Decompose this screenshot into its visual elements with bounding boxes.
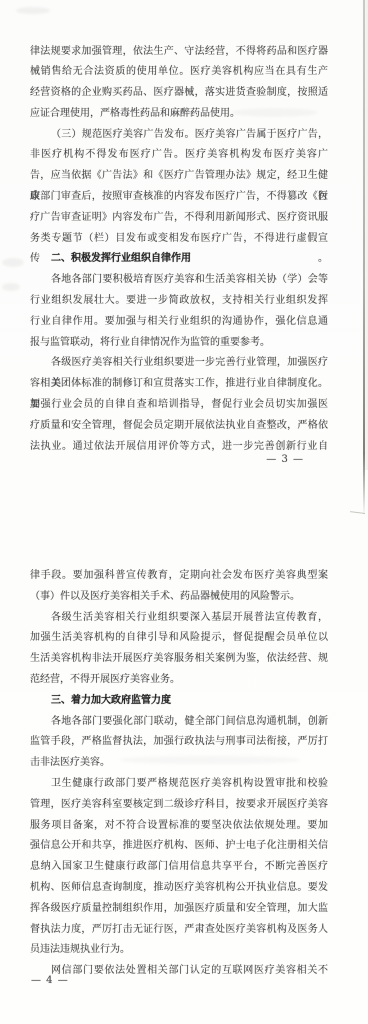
text-line: 政部门审查后，按照审查核准的内容发布医疗广告，不得篡改《医 <box>30 187 328 208</box>
text-line: 疗质量和安全管理，督促会员定期开展依法执业自查整改，严格依 <box>30 416 328 437</box>
text-line: 械销售给无合法资质的使用单位。医疗美容机构应当在具有生产 <box>30 62 328 83</box>
text-line: 务类专题节（栏）目发布或变相发布医疗广告，不得进行虚假宣传。 <box>30 229 328 250</box>
text-line: 告，应当依据《广告法》和《医疗广告管理办法》规定，经卫生健康行 <box>30 166 328 187</box>
text-line: 息纳入国家卫生健康行政部门信用信息共享平台，不断完善医疗 <box>30 857 328 878</box>
text-line: 各地各部门要强化部门联动，健全部门间信息沟通机制，创新 <box>30 712 328 733</box>
text-line: 加强行业会员的自律自查和培训指导，督促行业会员切实加强医 <box>30 395 328 416</box>
section-heading: 三、着力加大政府监管力度 <box>30 691 328 712</box>
text-line: 各级生活美容相关行业组织要深入基层开展普法宣传教育， <box>30 608 328 629</box>
text-line: 行业组织发展壮大。要进一步简政放权，支持相关行业组织发挥 <box>30 291 328 312</box>
text-line: 范经营，不得开展医疗美容业务。 <box>30 670 328 691</box>
text-line: （事）件以及医疗美容相关手术、药品器械使用的风险警示。 <box>30 587 328 608</box>
scan-artifact <box>120 756 300 764</box>
text-line: （三）规范医疗美容广告发布。医疗美容广告属于医疗广告， <box>30 125 328 146</box>
text-line: 卫生健康行政部门要严格规范医疗美容机构设置审批和校验 <box>30 774 328 795</box>
text-line: 各级医疗美容相关行业组织要进一步完善行业管理，加强医疗美 <box>30 353 328 374</box>
text-line: 强信息公开和共享，推进医疗机构、医师、护士电子化注册相关信 <box>30 836 328 857</box>
text-line: 报与监管联动，将行业自律情况作为监管的重要参考。 <box>30 333 328 354</box>
page-3-text-block: 律法规要求加强管理，依法生产、守法经营，不得将药品和医疗器械销售给无合法资质的使… <box>30 42 328 458</box>
text-line: 机构、医师信息查询制度，推动医疗美容机构公开执业信息。要发 <box>30 878 328 899</box>
scan-artifact <box>16 7 50 14</box>
text-line: 律法规要求加强管理，依法生产、守法经营，不得将药品和医疗器 <box>30 42 328 63</box>
text-line: 员违法违规执业行为。 <box>30 940 328 961</box>
text-line: 行业自律作用。要加强与相关行业组织的沟通协作，强化信息通 <box>30 312 328 333</box>
text-line: 律手段。要加强科普宣传教育，定期向社会发布医疗美容典型案 <box>30 566 328 587</box>
text-line: 网信部门要依法处置相关部门认定的互联网医疗美容相关不 <box>30 961 328 982</box>
text-line: 监管手段，严格监督执法，加强行政执法与刑事司法衔接，严厉打 <box>30 732 328 753</box>
text-line: 管理，医疗美容科室要核定到二级诊疗科目，按要求开展医疗美容 <box>30 795 328 816</box>
scan-artifact <box>2 283 20 291</box>
text-line: 疗广告审查证明》内容发布广告，不得利用新闻形式、医疗资讯服 <box>30 208 328 229</box>
scanned-document: 律法规要求加强管理，依法生产、守法经营，不得将药品和医疗器械销售给无合法资质的使… <box>0 0 368 1024</box>
page-4-text-block: 律手段。要加强科普宣传教育，定期向社会发布医疗美容典型案（事）件以及医疗美容相关… <box>30 566 328 982</box>
scan-artifact <box>2 258 24 267</box>
scan-artifact <box>232 108 318 117</box>
text-line: 各地各部门要积极培育医疗美容和生活美容相关协（学）会等 <box>30 270 328 291</box>
page-number-3: — 3 — <box>266 450 304 470</box>
text-line: 加强生活美容机构的自律引导和风险提示，督促提醒会员单位以 <box>30 628 328 649</box>
text-line: 生活美容机构非法开展医疗美容服务相关案例为鉴，依法经营、规 <box>30 649 328 670</box>
text-line: 非医疗机构不得发布医疗广告。医疗美容机构发布医疗美容广 <box>30 145 328 166</box>
text-line: 服务项目备案，对不符合设置标准的要坚决依法依规处理。要加 <box>30 816 328 837</box>
text-line: 经营资格的企业购买药品、医疗器械，落实进货查验制度，按照适 <box>30 83 328 104</box>
page-edge-line <box>363 0 365 516</box>
page-number-4: — 4 — <box>31 971 69 991</box>
text-line: 挥各级医疗质量控制组织作用，加强医疗质量和安全管理，加大监 <box>30 899 328 920</box>
text-line: 督执法力度，严厉打击无证行医，严肃查处医疗美容机构及医务人 <box>30 920 328 941</box>
text-line: 容相关团体标准的制修订和宣贯落实工作，推进行业自律制度化。要 <box>30 374 328 395</box>
